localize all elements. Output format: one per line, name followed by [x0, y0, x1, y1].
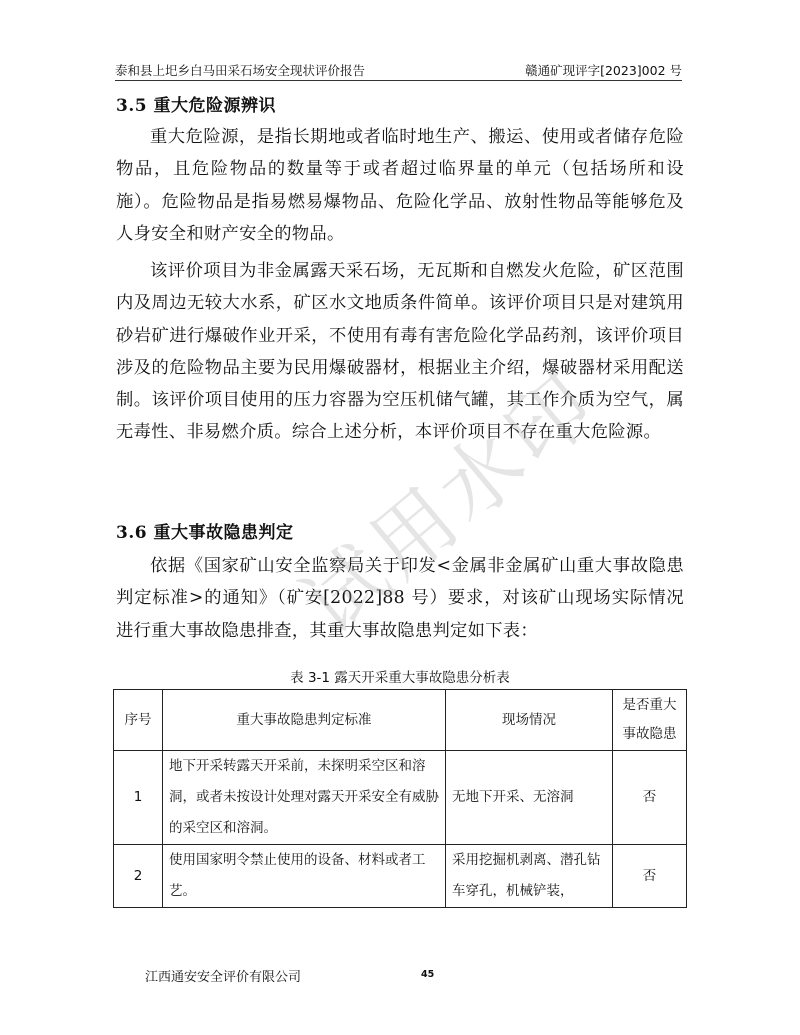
table-header-row: 序号 重大事故隐患判定标准 现场情况 是否重大事故隐患 [114, 690, 687, 751]
cell-situation: 无地下开采、无溶洞 [446, 751, 613, 845]
cell-situation: 采用挖掘机剥离、潜孔钻车穿孔，机械铲装， [446, 845, 613, 908]
section-heading-3-5: 3.5 重大危险源辨识 [116, 91, 276, 116]
table-caption: 表 3-1 露天开采重大事故隐患分析表 [113, 666, 687, 686]
page-number: 45 [421, 969, 434, 980]
hazard-analysis-table: 序号 重大事故隐患判定标准 现场情况 是否重大事故隐患 1 地下开采转露天开采前… [113, 689, 687, 908]
footer-company: 江西通安安全评价有限公司 [145, 966, 301, 985]
table-row: 1 地下开采转露天开采前，未探明采空区和溶洞，或者未按设计处理对露天开采安全有威… [114, 751, 687, 845]
col-header-situation: 现场情况 [446, 690, 613, 751]
header-document-number: 赣通矿现评字[2023]002 号 [525, 61, 682, 79]
cell-number: 1 [114, 751, 163, 845]
paragraph-accident-hazard-basis: 依据《国家矿山安全监察局关于印发<金属非金属矿山重大事故隐患判定标准>的通知》（… [116, 550, 684, 647]
cell-standard: 使用国家明令禁止使用的设备、材料或者工艺。 [163, 845, 446, 908]
page-header: 泰和县上圯乡白马田采石场安全现状评价报告 赣通矿现评字[2023]002 号 [115, 60, 682, 81]
paragraph-major-hazard-definition: 重大危险源，是指长期地或者临时地生产、搬运、使用或者储存危险物品，且危险物品的数… [116, 121, 684, 250]
col-header-is-major: 是否重大事故隐患 [613, 690, 687, 751]
section-heading-3-6: 3.6 重大事故隐患判定 [116, 518, 294, 543]
col-header-number: 序号 [114, 690, 163, 751]
header-report-title: 泰和县上圯乡白马田采石场安全现状评价报告 [115, 61, 365, 79]
col-header-standard: 重大事故隐患判定标准 [163, 690, 446, 751]
document-page: 泰和县上圯乡白马田采石场安全现状评价报告 赣通矿现评字[2023]002 号 3… [0, 0, 800, 1035]
cell-number: 2 [114, 845, 163, 908]
cell-is-major: 否 [613, 751, 687, 845]
table-row: 2 使用国家明令禁止使用的设备、材料或者工艺。 采用挖掘机剥离、潜孔钻车穿孔，机… [114, 845, 687, 908]
cell-is-major: 否 [613, 845, 687, 908]
paragraph-project-hazard-analysis: 该评价项目为非金属露天采石场，无瓦斯和自燃发火危险，矿区范围内及周边无较大水系，… [116, 255, 684, 449]
cell-standard: 地下开采转露天开采前，未探明采空区和溶洞，或者未按设计处理对露天开采安全有威胁的… [163, 751, 446, 845]
